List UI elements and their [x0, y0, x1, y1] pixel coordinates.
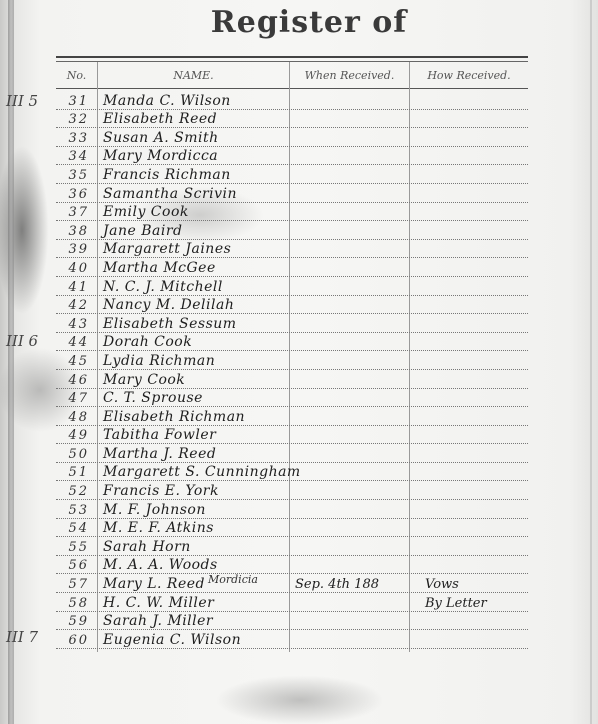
entry-name: M. F. Johnson [97, 500, 289, 518]
entry-when-received [289, 221, 409, 239]
entry-name: N. C. J. Mitchell [97, 277, 289, 295]
entry-when-received [289, 333, 409, 351]
entry-number: 48 [56, 407, 97, 425]
table-row: 50Martha J. Reed [56, 444, 528, 463]
table-row: 42Nancy M. Delilah [56, 296, 528, 315]
table-row: 36Samantha Scrivin [56, 184, 528, 203]
entry-number: 41 [56, 277, 97, 295]
entry-number: 39 [56, 240, 97, 258]
entry-how-received [409, 426, 528, 444]
entry-when-received [289, 407, 409, 425]
table-row: 44Dorah Cook [56, 333, 528, 352]
entry-name: Mary Cook [97, 370, 289, 388]
page-edge [590, 0, 592, 724]
entry-number: 35 [56, 165, 97, 183]
entry-how-received [409, 333, 528, 351]
entry-when-received [289, 91, 409, 109]
entry-name: Margarett Jaines [97, 240, 289, 258]
entry-when-received [289, 556, 409, 574]
entry-number: 31 [56, 91, 97, 109]
entry-when-received [289, 110, 409, 128]
register-table-body: 31Manda C. Wilson32Elisabeth Reed33Susan… [56, 91, 528, 649]
entry-number: 49 [56, 426, 97, 444]
table-row: 49Tabitha Fowler [56, 426, 528, 445]
table-row: 55Sarah Horn [56, 537, 528, 556]
entry-name: Emily Cook [97, 203, 289, 221]
entry-name: Mary Mordicca [97, 147, 289, 165]
entry-when-received [289, 426, 409, 444]
entry-number: 57 [56, 574, 97, 592]
column-header-name: NAME. [97, 62, 289, 88]
entry-name: C. T. Sprouse [97, 389, 289, 407]
entry-when-received [289, 351, 409, 369]
table-row: 47C. T. Sprouse [56, 389, 528, 408]
entry-how-received [409, 556, 528, 574]
entry-how-received: Vows [409, 574, 528, 592]
entry-how-received [409, 221, 528, 239]
entry-name: Sarah J. Miller [97, 612, 289, 630]
entry-number: 47 [56, 389, 97, 407]
entry-number: 44 [56, 333, 97, 351]
entry-number: 59 [56, 612, 97, 630]
entry-name: Margarett S. Cunningham [97, 463, 289, 481]
entry-number: 33 [56, 128, 97, 146]
entry-how-received [409, 277, 528, 295]
table-row: 40Martha McGee [56, 258, 528, 277]
entry-number: 37 [56, 203, 97, 221]
entry-name: M. E. F. Atkins [97, 519, 289, 537]
entry-when-received [289, 444, 409, 462]
entry-how-received [409, 296, 528, 314]
column-header-when-received: When Received. [289, 62, 409, 88]
entry-how-received [409, 537, 528, 555]
entry-number: 50 [56, 444, 97, 462]
entry-how-received [409, 351, 528, 369]
entry-name: Mary L. Reed [97, 574, 289, 592]
table-row: 54M. E. F. Atkins [56, 519, 528, 538]
entry-when-received [289, 593, 409, 611]
entry-how-received: By Letter [409, 593, 528, 611]
table-header: No. NAME. When Received. How Received. [56, 62, 528, 88]
entry-number: 34 [56, 147, 97, 165]
register-page: Register of No. NAME. When Received. How… [0, 0, 598, 724]
entry-how-received [409, 258, 528, 276]
entry-how-received [409, 314, 528, 332]
entry-name: Eugenia C. Wilson [97, 630, 289, 648]
entry-when-received [289, 203, 409, 221]
entry-number: 58 [56, 593, 97, 611]
header-rule [56, 88, 528, 89]
entry-name: Francis E. York [97, 481, 289, 499]
margin-note: III 5 [6, 92, 38, 110]
entry-how-received [409, 612, 528, 630]
table-row: 35Francis Richman [56, 165, 528, 184]
entry-when-received [289, 370, 409, 388]
entry-when-received [289, 612, 409, 630]
column-header-how-received: How Received. [409, 62, 528, 88]
entry-name: M. A. A. Woods [97, 556, 289, 574]
entry-name: Martha McGee [97, 258, 289, 276]
entry-number: 45 [56, 351, 97, 369]
table-row: 51Margarett S. Cunningham [56, 463, 528, 482]
entry-name: Tabitha Fowler [97, 426, 289, 444]
entry-when-received [289, 277, 409, 295]
table-row: 59Sarah J. Miller [56, 612, 528, 631]
entry-name: Samantha Scrivin [97, 184, 289, 202]
entry-when-received: Sep. 4th 188 [289, 574, 409, 592]
table-row: 46Mary Cook [56, 370, 528, 389]
table-row: 37Emily Cook [56, 203, 528, 222]
entry-name: Nancy M. Delilah [97, 296, 289, 314]
entry-name: Francis Richman [97, 165, 289, 183]
entry-number: 53 [56, 500, 97, 518]
entry-how-received [409, 407, 528, 425]
table-row: 57Mary L. ReedSep. 4th 188Vows [56, 574, 528, 593]
entry-when-received [289, 519, 409, 537]
margin-note: III 7 [6, 628, 38, 646]
entry-how-received [409, 203, 528, 221]
entry-name: Lydia Richman [97, 351, 289, 369]
entry-how-received [409, 630, 528, 648]
entry-number: 56 [56, 556, 97, 574]
entry-number: 32 [56, 110, 97, 128]
entry-how-received [409, 519, 528, 537]
entry-name: Susan A. Smith [97, 128, 289, 146]
entry-number: 52 [56, 481, 97, 499]
margin-note: III 6 [6, 332, 38, 350]
entry-name: Elisabeth Sessum [97, 314, 289, 332]
name-correction-note: Mordicia [208, 573, 258, 586]
entry-number: 40 [56, 258, 97, 276]
entry-when-received [289, 147, 409, 165]
entry-number: 60 [56, 630, 97, 648]
entry-when-received [289, 389, 409, 407]
table-row: 34Mary Mordicca [56, 147, 528, 166]
entry-how-received [409, 500, 528, 518]
table-row: 48Elisabeth Richman [56, 407, 528, 426]
entry-number: 54 [56, 519, 97, 537]
entry-number: 42 [56, 296, 97, 314]
table-row: 45Lydia Richman [56, 351, 528, 370]
table-row: 33Susan A. Smith [56, 128, 528, 147]
entry-how-received [409, 481, 528, 499]
entry-name: Sarah Horn [97, 537, 289, 555]
table-row: 38Jane Baird [56, 221, 528, 240]
table-row: 31Manda C. Wilson [56, 91, 528, 110]
entry-how-received [409, 370, 528, 388]
table-row: 39Margarett Jaines [56, 240, 528, 259]
entry-how-received [409, 110, 528, 128]
entry-number: 43 [56, 314, 97, 332]
entry-number: 36 [56, 184, 97, 202]
entry-name: Dorah Cook [97, 333, 289, 351]
entry-when-received [289, 630, 409, 648]
entry-name: Manda C. Wilson [97, 91, 289, 109]
page-title: Register of [0, 5, 598, 40]
entry-when-received [289, 296, 409, 314]
entry-number: 38 [56, 221, 97, 239]
entry-number: 46 [56, 370, 97, 388]
entry-number: 51 [56, 463, 97, 481]
entry-how-received [409, 128, 528, 146]
entry-how-received [409, 165, 528, 183]
entry-when-received [289, 258, 409, 276]
entry-name: Jane Baird [97, 221, 289, 239]
table-row: 41N. C. J. Mitchell [56, 277, 528, 296]
table-row: 58H. C. W. MillerBy Letter [56, 593, 528, 612]
entry-name: Elisabeth Reed [97, 110, 289, 128]
table-row: 56M. A. A. Woods [56, 556, 528, 575]
table-row: 32Elisabeth Reed [56, 110, 528, 129]
entry-how-received [409, 91, 528, 109]
entry-how-received [409, 184, 528, 202]
table-row: 52Francis E. York [56, 481, 528, 500]
entry-name: H. C. W. Miller [97, 593, 289, 611]
entry-when-received [289, 500, 409, 518]
table-row: 60Eugenia C. Wilson [56, 630, 528, 649]
entry-number: 55 [56, 537, 97, 555]
entry-name: Elisabeth Richman [97, 407, 289, 425]
entry-when-received [289, 537, 409, 555]
entry-how-received [409, 389, 528, 407]
entry-name: Martha J. Reed [97, 444, 289, 462]
column-header-no: No. [56, 62, 97, 88]
entry-when-received [289, 240, 409, 258]
entry-how-received [409, 444, 528, 462]
entry-when-received [289, 128, 409, 146]
entry-when-received [289, 463, 409, 481]
entry-how-received [409, 240, 528, 258]
entry-when-received [289, 184, 409, 202]
entry-how-received [409, 463, 528, 481]
entry-how-received [409, 147, 528, 165]
table-row: 43Elisabeth Sessum [56, 314, 528, 333]
entry-when-received [289, 314, 409, 332]
table-row: 53M. F. Johnson [56, 500, 528, 519]
entry-when-received [289, 481, 409, 499]
entry-when-received [289, 165, 409, 183]
